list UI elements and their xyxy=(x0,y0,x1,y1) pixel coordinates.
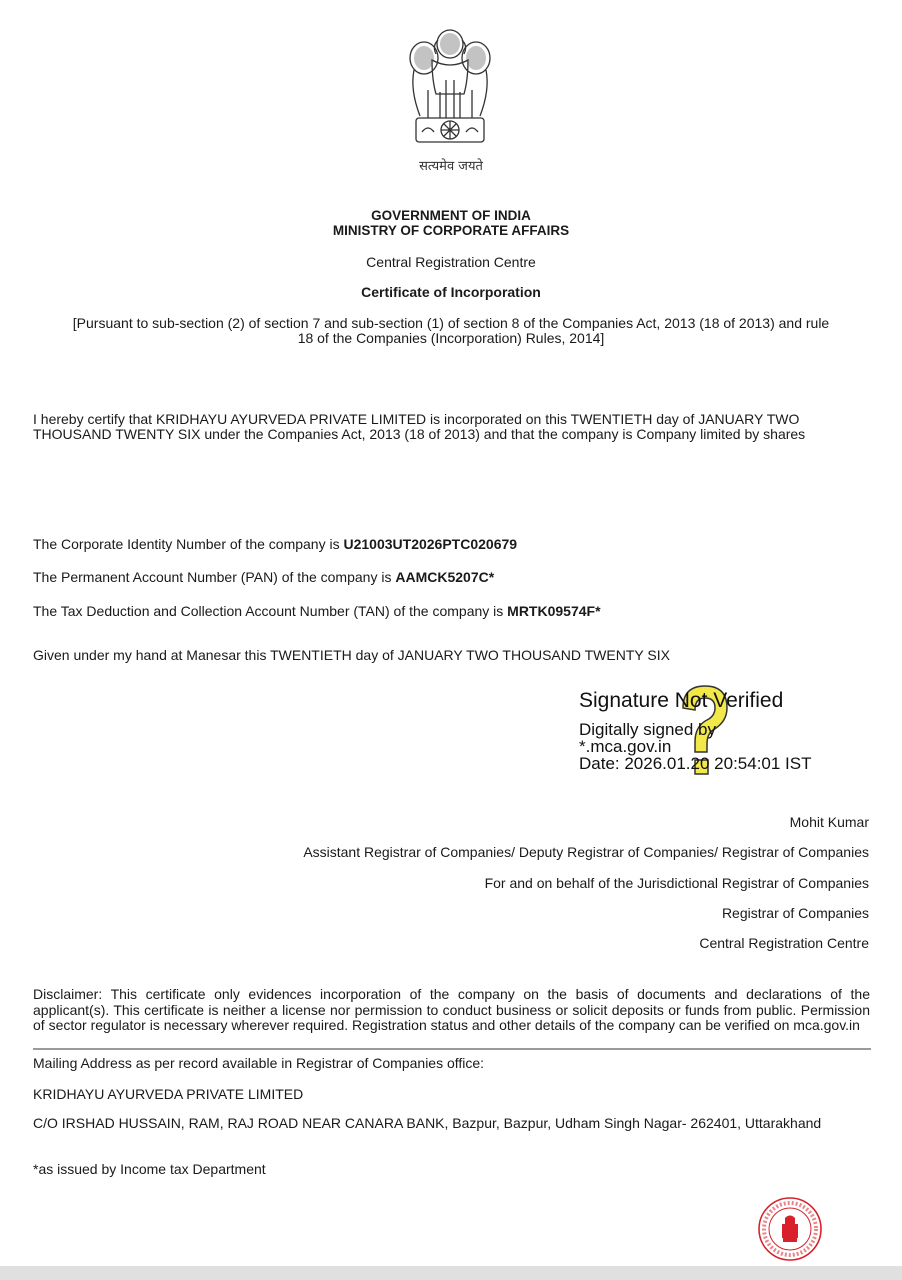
cin-label: The Corporate Identity Number of the com… xyxy=(33,536,343,552)
registrar-designation: Assistant Registrar of Companies/ Deputy… xyxy=(303,844,869,860)
mailing-company: KRIDHAYU AYURVEDA PRIVATE LIMITED xyxy=(33,1086,303,1102)
government-heading: GOVERNMENT OF INDIA xyxy=(0,208,902,224)
certificate-title: Certificate of Incorporation xyxy=(0,284,902,300)
mca-seal-icon xyxy=(757,1196,823,1262)
footnote: *as issued by Income tax Department xyxy=(33,1161,266,1177)
mailing-label: Mailing Address as per record available … xyxy=(33,1055,484,1071)
signer: *.mca.gov.in xyxy=(579,738,839,755)
signature-block[interactable]: Signature Not Verified Digitally signed … xyxy=(579,688,839,772)
certification-text: I hereby certify that KRIDHAYU AYURVEDA … xyxy=(33,412,868,442)
given-under-text: Given under my hand at Manesar this TWEN… xyxy=(33,647,670,663)
pan-line: The Permanent Account Number (PAN) of th… xyxy=(33,569,494,585)
registrar-name: Mohit Kumar xyxy=(790,814,869,830)
signed-by-label: Digitally signed by xyxy=(579,721,839,738)
cin-value: U21003UT2026PTC020679 xyxy=(343,536,517,552)
tan-line: The Tax Deduction and Collection Account… xyxy=(33,603,601,619)
ministry-heading: MINISTRY OF CORPORATE AFFAIRS xyxy=(0,223,902,239)
national-emblem-icon xyxy=(402,20,498,170)
pursuant-line-1: [Pursuant to sub-section (2) of section … xyxy=(0,315,902,331)
pursuant-line-2: 18 of the Companies (Incorporation) Rule… xyxy=(0,330,902,346)
separator xyxy=(33,1048,871,1050)
registrar-behalf: For and on behalf of the Jurisdictional … xyxy=(485,875,869,891)
signature-date: Date: 2026.01.20 20:54:01 IST xyxy=(579,755,839,772)
emblem-motto: सत्यमेव जयते xyxy=(386,156,516,174)
pan-value: AAMCK5207C* xyxy=(395,569,494,585)
registrar-office: Registrar of Companies xyxy=(722,905,869,921)
disclaimer-text: Disclaimer: This certificate only eviden… xyxy=(33,987,870,1034)
mailing-address: C/O IRSHAD HUSSAIN, RAM, RAJ ROAD NEAR C… xyxy=(33,1116,833,1131)
registrar-centre: Central Registration Centre xyxy=(699,935,869,951)
cin-line: The Corporate Identity Number of the com… xyxy=(33,536,517,552)
tan-label: The Tax Deduction and Collection Account… xyxy=(33,603,507,619)
tan-value: MRTK09574F* xyxy=(507,603,600,619)
centre-subheading: Central Registration Centre xyxy=(0,254,902,270)
pan-label: The Permanent Account Number (PAN) of th… xyxy=(33,569,395,585)
footer-bar xyxy=(0,1266,902,1280)
signature-status: Signature Not Verified xyxy=(579,688,839,714)
